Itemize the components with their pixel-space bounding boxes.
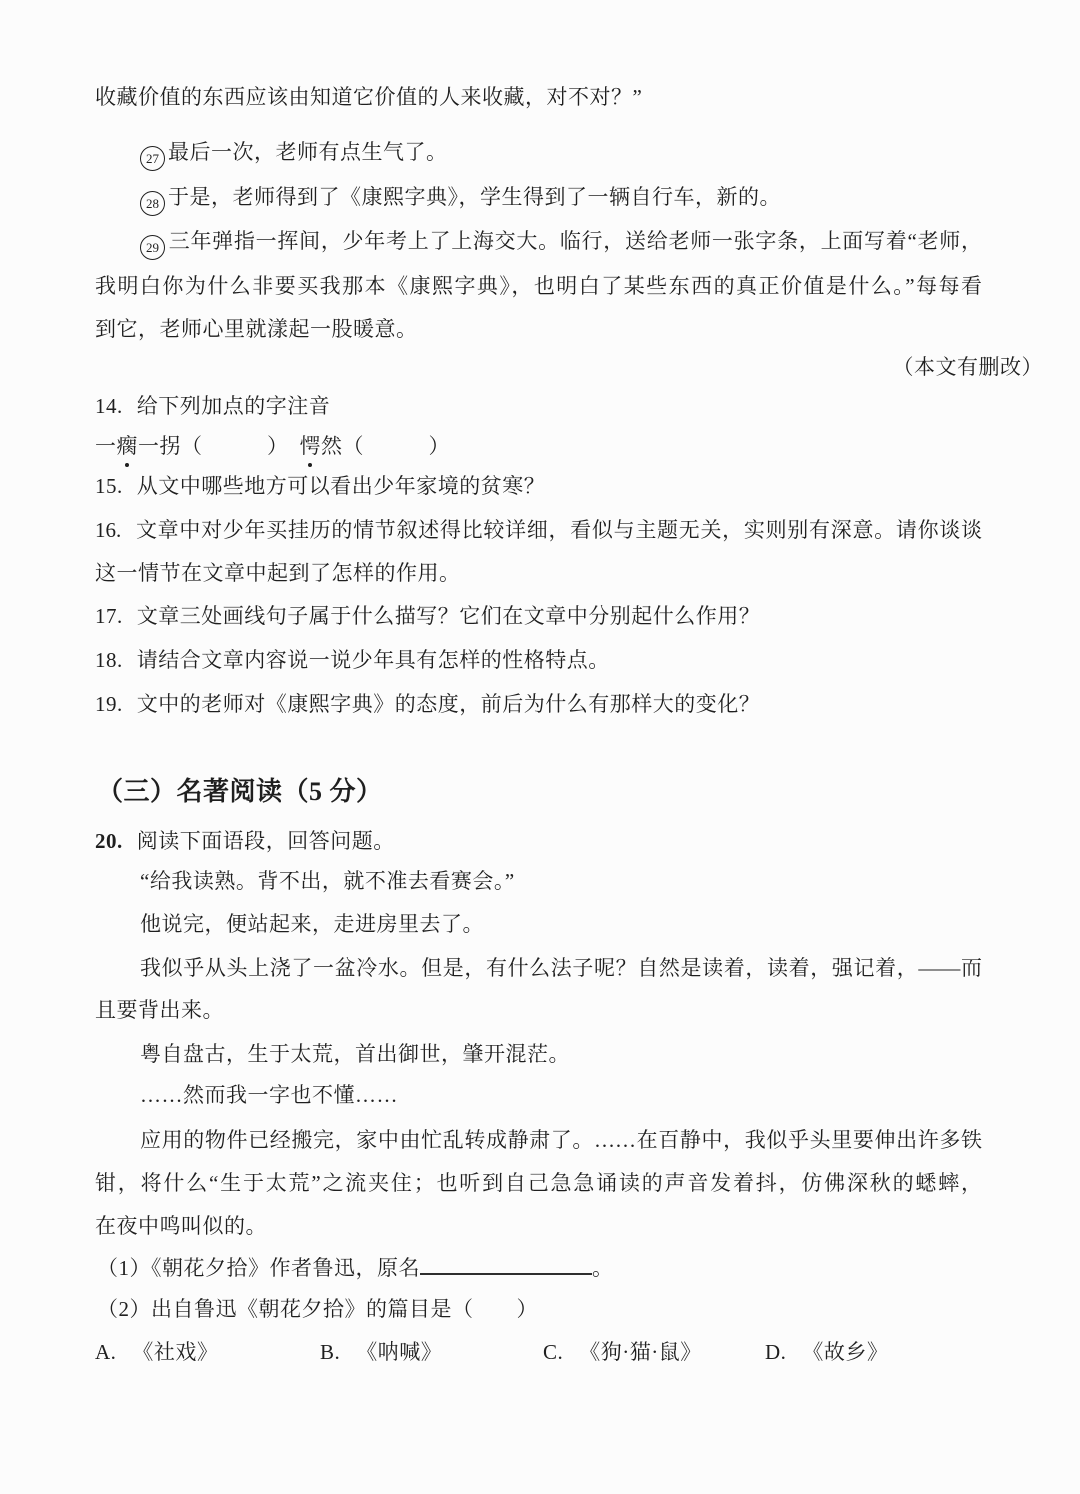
question-19-text: 文中的老师对《康熙字典》的态度，前后为什么有那样大的变化？	[137, 692, 761, 716]
question-14-text: 给下列加点的字注音	[137, 394, 331, 418]
passage-line-1: 收藏价值的东西应该由知道它价值的人来收藏，对不对？”	[95, 82, 642, 112]
question-20-text: 阅读下面语段，回答问题。	[137, 829, 395, 853]
question-17-number: 17.	[95, 604, 123, 628]
quote-line-3: 我似乎从头上浇了一盆冷水。但是，有什么法子呢？自然是读着，读着，强记着，——而	[140, 953, 982, 983]
section-3-heading: （三）名著阅读（5 分）	[97, 775, 383, 809]
question-16-number: 16.	[95, 518, 121, 542]
option-a: A.《社戏》	[95, 1337, 218, 1367]
passage-paragraph-27: 27最后一次，老师有点生气了。	[140, 137, 448, 171]
q14-dotted-char-que: 瘸	[117, 431, 139, 461]
option-d-text: 《故乡》	[802, 1340, 888, 1364]
question-15-text: 从文中哪些地方可以看出少年家境的贫寒？	[137, 474, 546, 498]
question-18: 18.请结合文章内容说一说少年具有怎样的性格特点。	[95, 645, 610, 675]
quote-line-5: 粤自盘古，生于太荒，首出御世，肇开混茫。	[140, 1039, 570, 1069]
question-20: 20.阅读下面语段，回答问题。	[95, 826, 395, 856]
paragraph-27-text: 最后一次，老师有点生气了。	[168, 140, 448, 164]
option-d: D.《故乡》	[765, 1337, 888, 1367]
question-18-text: 请结合文章内容说一说少年具有怎样的性格特点。	[137, 648, 610, 672]
options-row: A.《社戏》 B.《呐喊》 C.《狗·猫·鼠》 D.《故乡》	[95, 1337, 982, 1371]
fill-in-blank-line	[420, 1252, 592, 1275]
q14-dotted-char-e: 愕	[300, 431, 322, 461]
circled-number-29: 29	[140, 235, 165, 260]
question-14: 14.给下列加点的字注音	[95, 391, 330, 421]
sub-question-1: （1）《朝花夕拾》作者鲁迅，原名。	[97, 1252, 614, 1283]
option-a-text: 《社戏》	[132, 1340, 218, 1364]
option-b: B.《呐喊》	[320, 1337, 442, 1367]
circled-number-28: 28	[140, 191, 165, 216]
quote-line-1: “给我读熟。背不出，就不准去看赛会。”	[140, 866, 515, 896]
quote-line-2: 他说完，便站起来，走进房里去了。	[140, 909, 484, 939]
question-14-pinyin-line: 一瘸一拐（ ） 愕然（ ）	[95, 431, 450, 461]
quote-line-8: 钳，将什么“生于太荒”之流夹住；也听到自己急急诵读的声音发着抖，仿佛深秋的蟋蟀，	[95, 1168, 982, 1198]
question-14-number: 14.	[95, 394, 123, 418]
question-20-number: 20.	[95, 829, 123, 853]
option-b-text: 《呐喊》	[356, 1340, 442, 1364]
question-16-text-1: 文章中对少年买挂历的情节叙述得比较详细，看似与主题无关，实则别有深意。请你谈谈	[135, 518, 982, 542]
question-19-number: 19.	[95, 692, 123, 716]
exam-paper-page: 收藏价值的东西应该由知道它价值的人来收藏，对不对？” 27最后一次，老师有点生气…	[0, 0, 1080, 1494]
question-16-line-1: 16.文章中对少年买挂历的情节叙述得比较详细，看似与主题无关，实则别有深意。请你…	[95, 515, 982, 545]
sub-question-1-period: 。	[592, 1256, 614, 1280]
option-a-label: A.	[95, 1340, 116, 1364]
option-d-label: D.	[765, 1340, 786, 1364]
q14-word-part: 一	[95, 434, 117, 458]
question-15-number: 15.	[95, 474, 123, 498]
sub-question-2: （2）出自鲁迅《朝花夕拾》的篇目是（ ）	[97, 1294, 538, 1324]
passage-paragraph-29: 29三年弹指一挥间，少年考上了上海交大。临行，送给老师一张字条，上面写着“老师，	[140, 226, 982, 260]
sub-question-1-text: （1）《朝花夕拾》作者鲁迅，原名	[97, 1256, 420, 1280]
question-17-text: 文章三处画线句子属于什么描写？它们在文章中分别起什么作用？	[137, 604, 761, 628]
passage-edit-note: （本文有删改）	[893, 352, 1044, 382]
question-17: 17.文章三处画线句子属于什么描写？它们在文章中分别起什么作用？	[95, 601, 760, 631]
circled-number-27: 27	[140, 146, 165, 171]
passage-line-6: 到它，老师心里就漾起一股暖意。	[95, 314, 418, 344]
q14-word-part: 然（ ）	[321, 434, 450, 458]
quote-line-4: 且要背出来。	[95, 995, 224, 1025]
question-18-number: 18.	[95, 648, 123, 672]
passage-paragraph-28: 28于是，老师得到了《康熙字典》，学生得到了一辆自行车，新的。	[140, 182, 781, 216]
option-c: C.《狗·猫·鼠》	[543, 1337, 702, 1367]
quote-line-7: 应用的物件已经搬完，家中由忙乱转成静肃了。……在百静中，我似乎头里要伸出许多铁	[140, 1125, 982, 1155]
q14-word-part: 一拐（ ）	[138, 434, 300, 458]
paragraph-29-text: 三年弹指一挥间，少年考上了上海交大。临行，送给老师一张字条，上面写着“老师，	[168, 229, 982, 253]
option-c-text: 《狗·猫·鼠》	[579, 1340, 702, 1364]
option-b-label: B.	[320, 1340, 340, 1364]
passage-line-5: 我明白你为什么非要买我那本《康熙字典》，也明白了某些东西的真正价值是什么。”每每…	[95, 271, 982, 301]
question-15: 15.从文中哪些地方可以看出少年家境的贫寒？	[95, 471, 545, 501]
quote-line-6: ……然而我一字也不懂……	[140, 1080, 398, 1110]
question-16-line-2: 这一情节在文章中起到了怎样的作用。	[95, 558, 461, 588]
option-c-label: C.	[543, 1340, 563, 1364]
paragraph-28-text: 于是，老师得到了《康熙字典》，学生得到了一辆自行车，新的。	[168, 185, 781, 209]
quote-line-9: 在夜中鸣叫似的。	[95, 1211, 267, 1241]
question-19: 19.文中的老师对《康熙字典》的态度，前后为什么有那样大的变化？	[95, 689, 760, 719]
